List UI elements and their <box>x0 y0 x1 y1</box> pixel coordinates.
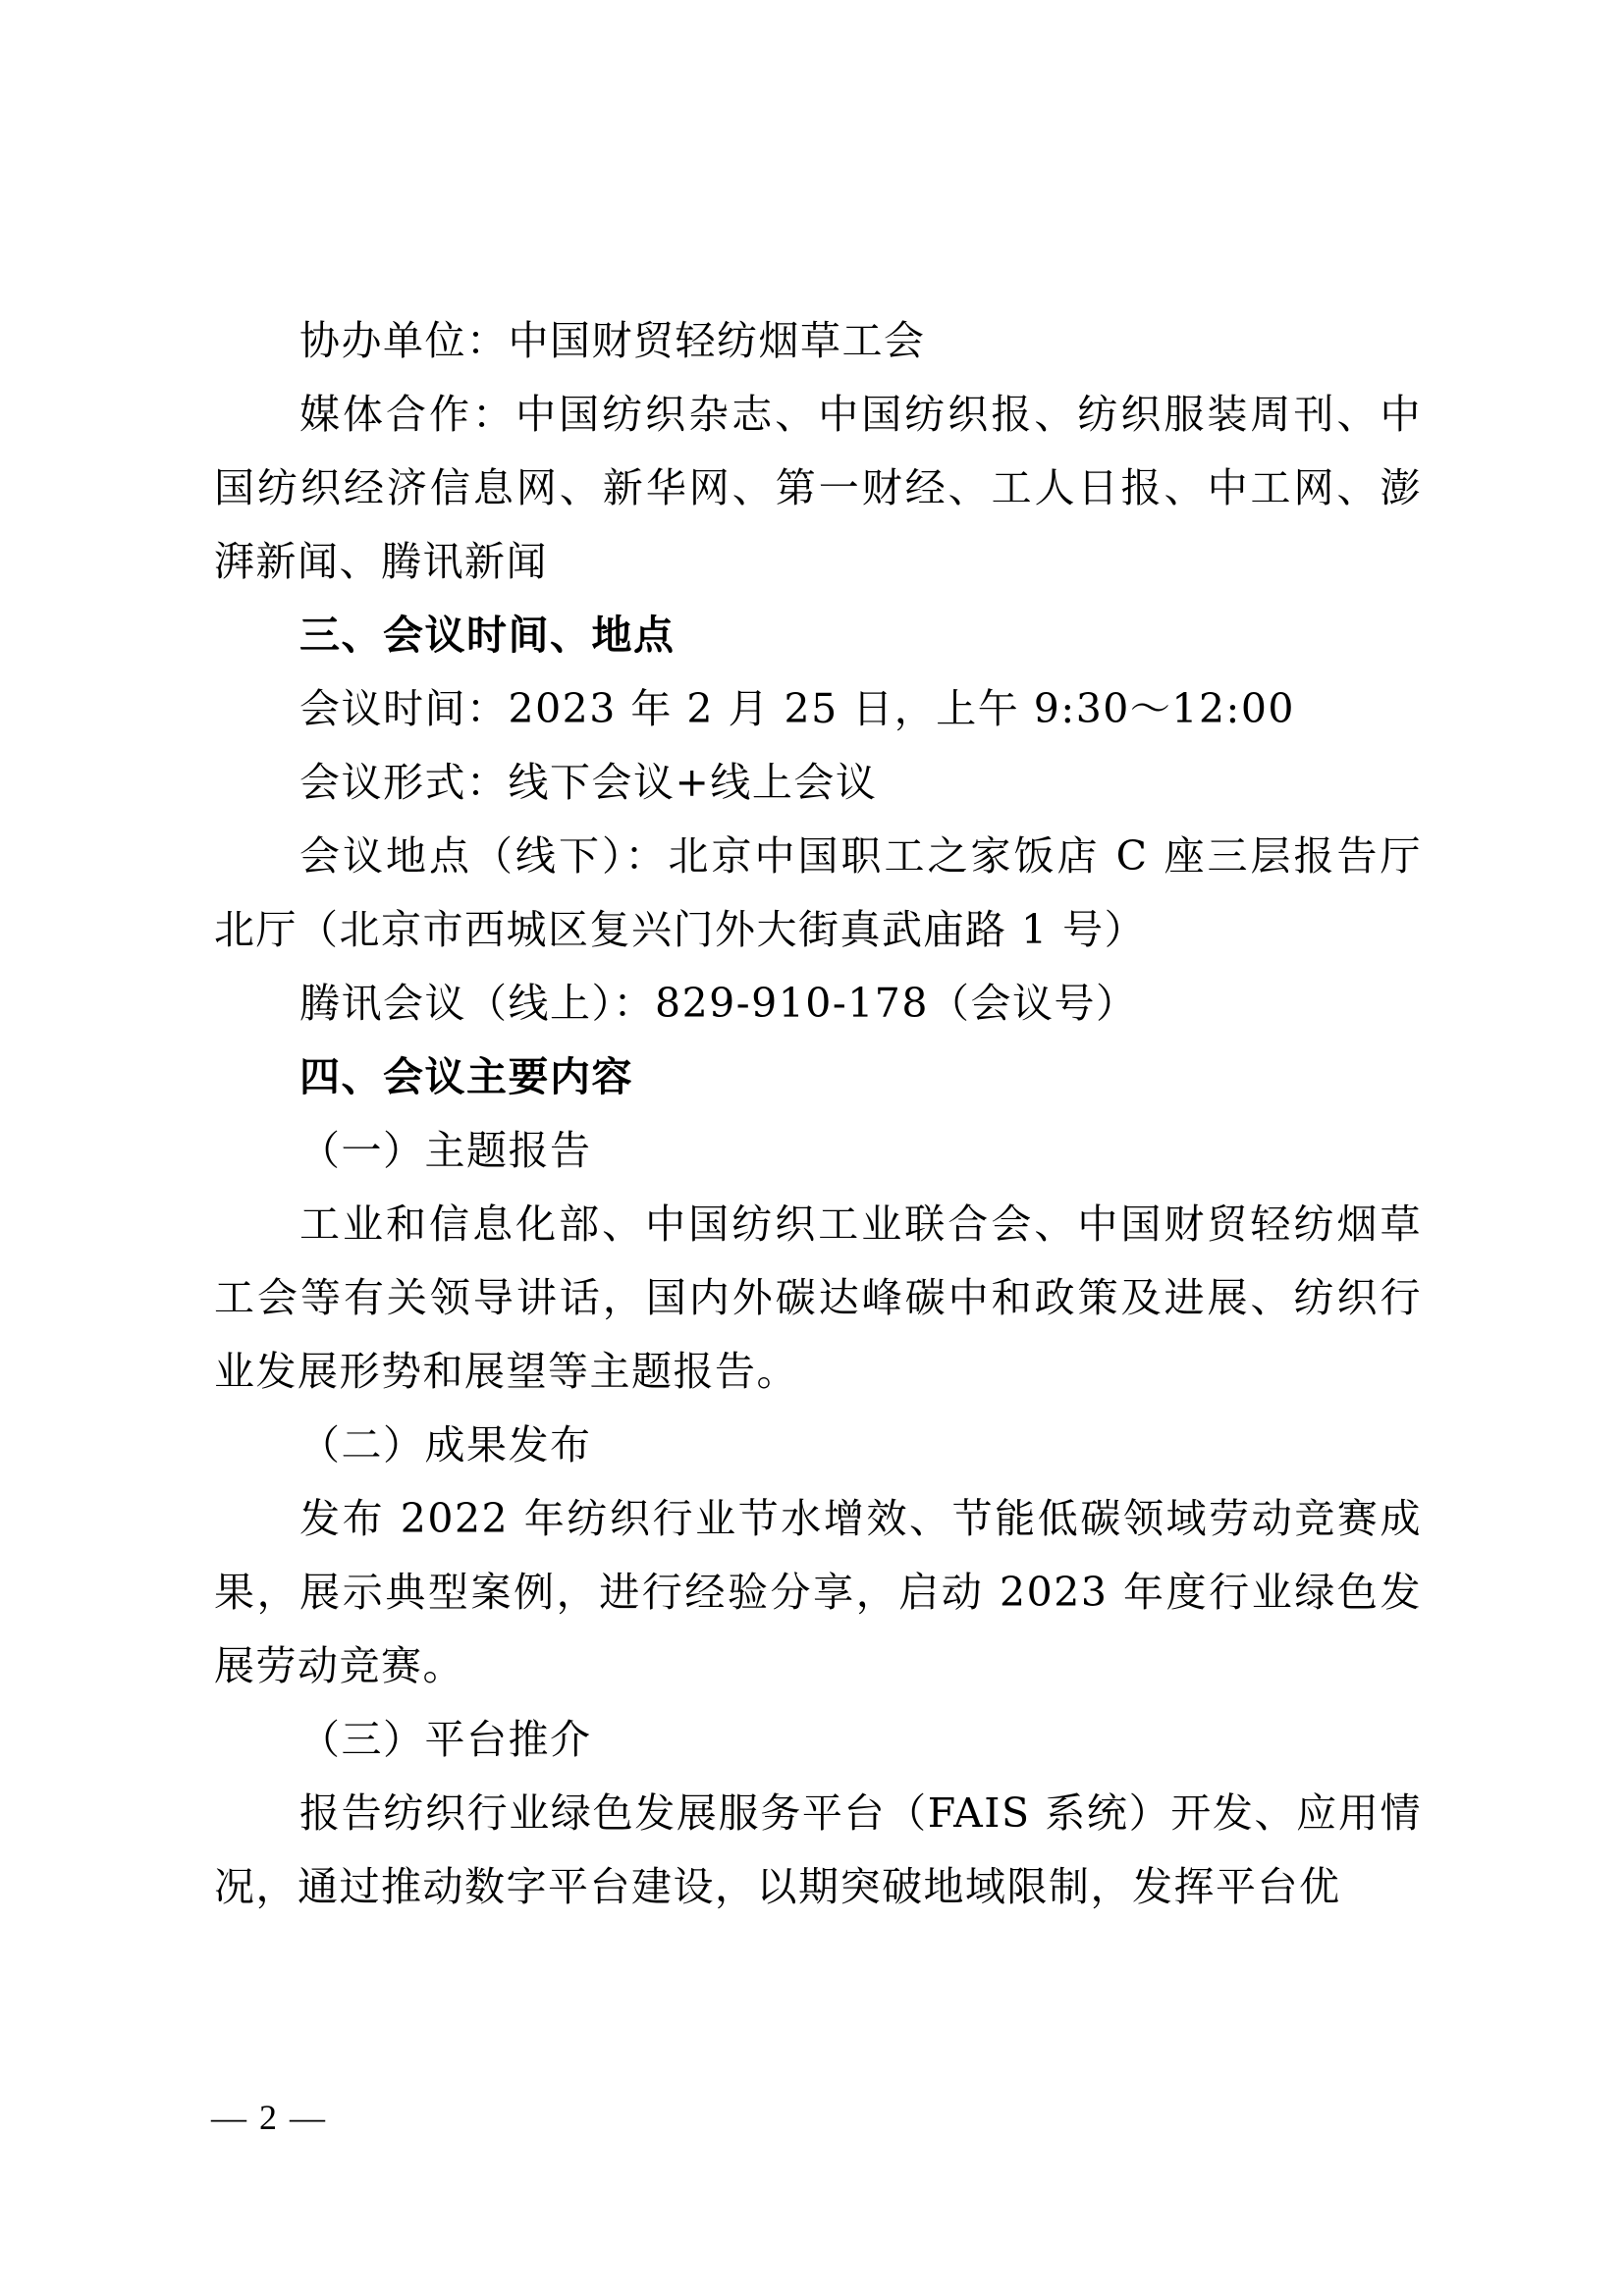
subheading-results: （二）成果发布 <box>214 1409 1422 1482</box>
section-heading-main-content: 四、会议主要内容 <box>214 1041 1422 1114</box>
document-page: 协办单位：中国财贸轻纺烟草工会 媒体合作：中国纺织杂志、中国纺织报、纺织服装周刊… <box>214 304 1422 1924</box>
page-number: — 2 — <box>211 2097 327 2138</box>
subheading-platform: （三）平台推介 <box>214 1703 1422 1777</box>
results-paragraph: 发布 2022 年纺织行业节水增效、节能低碳领域劳动竞赛成果，展示典型案例，进行… <box>214 1482 1422 1703</box>
online-meeting-paragraph: 腾讯会议（线上）：829-910-178（会议号） <box>214 967 1422 1041</box>
keynote-paragraph: 工业和信息化部、中国纺织工业联合会、中国财贸轻纺烟草工会等有关领导讲话，国内外碳… <box>214 1188 1422 1409</box>
section-heading-time-location: 三、会议时间、地点 <box>214 599 1422 672</box>
subheading-keynote: （一）主题报告 <box>214 1114 1422 1188</box>
platform-paragraph: 报告纺织行业绿色发展服务平台（FAIS 系统）开发、应用情况，通过推动数字平台建… <box>214 1777 1422 1924</box>
meeting-venue-paragraph: 会议地点（线下）：北京中国职工之家饭店 C 座三层报告厅北厅（北京市西城区复兴门… <box>214 820 1422 967</box>
meeting-format-paragraph: 会议形式：线下会议+线上会议 <box>214 746 1422 820</box>
media-partners-paragraph: 媒体合作：中国纺织杂志、中国纺织报、纺织服装周刊、中国纺织经济信息网、新华网、第… <box>214 378 1422 599</box>
co-organizer-paragraph: 协办单位：中国财贸轻纺烟草工会 <box>214 304 1422 378</box>
meeting-time-paragraph: 会议时间：2023 年 2 月 25 日，上午 9:30～12:00 <box>214 672 1422 746</box>
